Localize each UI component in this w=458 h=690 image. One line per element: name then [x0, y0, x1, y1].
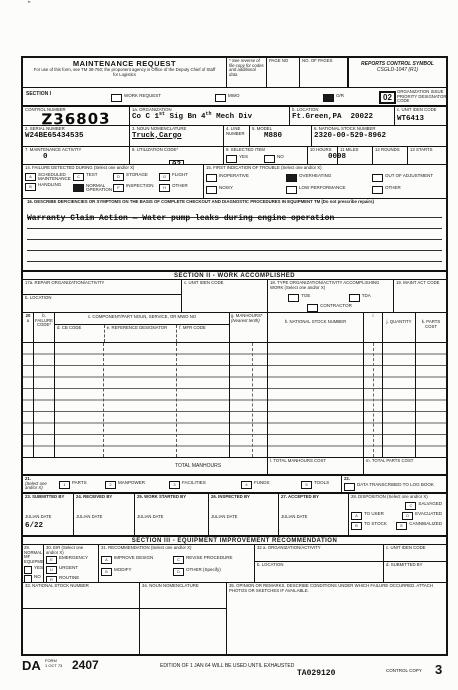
block35-label: 35. OPINION OR REMARKS. DESCRIBE CONDITI…	[229, 584, 444, 593]
form-body: MAINTENANCE REQUEST For use of this form…	[21, 56, 448, 656]
label-flight: FLIGHT	[172, 173, 188, 178]
nsn-header: h. NATIONAL STOCK NUMBER	[267, 313, 363, 342]
emergency-label: EMERGENCY	[59, 556, 88, 561]
to-stock-label: TO STOCK	[364, 522, 387, 527]
table-col-i[interactable]	[363, 343, 382, 457]
eir-no-checkbox[interactable]	[24, 575, 32, 582]
priority-designator-value[interactable]: 02	[379, 91, 396, 104]
parts-table-body	[23, 342, 446, 457]
totals-row: TOTAL MANHOURS l. TOTAL MANHOURS COST m.…	[23, 457, 446, 474]
label-inspection: INSPECTION	[126, 184, 154, 189]
unit-iden-code-cell[interactable]: c. UNIT IDEN CODE WT6413	[394, 107, 446, 125]
tools-label: TOOLS	[314, 481, 329, 486]
checkbox-inoperative[interactable]	[206, 174, 217, 182]
footer-control-copy: CONTROL COPY	[386, 668, 422, 673]
julian-date-label: JULIAN DATE	[76, 514, 102, 519]
block15-label: 15. FIRST INDICATION OF TROUBLE (Select …	[206, 166, 444, 171]
footer-edition-note: EDITION OF 1 JAN 64 WILL BE USED UNTIL E…	[160, 663, 294, 669]
facilities-label: FACILITIES	[182, 481, 206, 486]
manhours-header: g. MANHOURS* (Nearest tenth)	[229, 313, 267, 342]
total-manhours-cost-label: l. TOTAL MANHOURS COST	[270, 459, 361, 464]
label-storage: STORAGE	[126, 173, 148, 178]
total-manhours-cell[interactable]: TOTAL MANHOURS	[23, 458, 267, 474]
total-manhours-label: TOTAL MANHOURS	[175, 464, 221, 470]
component-group-label: c. COMPONENT/PART NOUN, SERVICE, OR MWO …	[55, 313, 229, 325]
unit-iden-code-value: WT6413	[397, 115, 444, 123]
control-number-cell[interactable]: CONTROL NUMBER Z36803	[23, 107, 129, 125]
line-number-cell[interactable]: 4. LINE NUMBER	[223, 126, 249, 146]
evacuated-label: EVACUATED	[415, 512, 442, 517]
block29-label: 29. NORMAL MF EQUIPMENT*	[24, 546, 42, 565]
checkbox-trouble-other[interactable]	[372, 186, 383, 194]
block16-describe: 16. DESCRIBE DEFICIENCIES OR SYMPTOMS ON…	[23, 198, 446, 270]
contractor-checkbox[interactable]	[307, 304, 318, 312]
serial-number-value: W24BE65434535	[25, 132, 127, 140]
rcs-cell: REPORTS CONTROL SYMBOL CSGLD-1047 (R1)	[347, 58, 446, 87]
toe-label: TOE	[301, 294, 310, 299]
ident-row-c: 7. MAINTENANCE ACTIVITY 0 8. UTILIZATION…	[23, 146, 446, 164]
or-checkbox[interactable]	[323, 94, 334, 102]
evacuated-checkbox[interactable]: D	[402, 512, 413, 520]
form-subtitle: For use of this form, see TM 38-750; the…	[25, 68, 224, 77]
checkbox-inspection[interactable]: F	[113, 184, 124, 192]
col-a-header: 20 a	[23, 313, 33, 342]
mfr-code-header: f. MFR CODE	[176, 325, 229, 342]
julian-date-label: JULIAN DATE	[211, 514, 237, 519]
col-component-group-header: c. COMPONENT/PART NOUN, SERVICE, OR MWO …	[54, 313, 229, 342]
inspected-by-cell[interactable]: 26. INSPECTED BY JULIAN DATE	[208, 494, 278, 535]
rounds-cell[interactable]: 12 ROUNDS	[372, 147, 407, 164]
total-parts-cost-label: m. TOTAL PARTS COST	[366, 459, 444, 464]
parts-checkbox[interactable]: 1	[59, 481, 70, 489]
checkbox-overheating[interactable]	[286, 174, 297, 182]
label-normal-operation: NORMAL OPERATION	[86, 184, 108, 193]
revise-procedure-label: REVISE PROCEDURE	[186, 556, 233, 561]
block33-cell[interactable]: 33. NATIONAL STOCK NUMBER	[23, 583, 139, 654]
maintenance-activity-cell[interactable]: 7. MAINTENANCE ACTIVITY 0	[23, 147, 129, 164]
eir-yes-label: YES	[34, 566, 43, 571]
no-of-pages-cell: NO. OF PAGES	[299, 58, 347, 87]
block22-num: 22.	[344, 477, 444, 482]
block29-cell: 29. NORMAL MF EQUIPMENT* YES NO	[23, 545, 43, 582]
checkbox-storage[interactable]: D	[113, 173, 124, 181]
serial-number-cell[interactable]: 2. SERIAL NUMBER W24BE65434535	[23, 126, 129, 146]
location-cell[interactable]: b. LOCATION Ft.Green,PA 20022	[289, 107, 394, 125]
submitted-julian-date: 6/22	[25, 522, 43, 530]
eir-yes-checkbox[interactable]	[24, 566, 32, 574]
eir-other-label: OTHER (Specify)	[186, 568, 221, 573]
footer-ta-number: TA029120	[297, 669, 335, 678]
label-test: TEST	[86, 173, 98, 178]
page-no-label: PAGE NO	[269, 59, 297, 64]
model-cell[interactable]: 5. MODEL M880	[249, 126, 311, 146]
revise-procedure-checkbox[interactable]: C	[173, 556, 184, 564]
parts-label: PARTS	[72, 481, 87, 486]
footer-form-word: FORM1 OCT 73	[45, 659, 62, 669]
modify-checkbox[interactable]: B	[101, 568, 112, 576]
total-parts-cost-cell[interactable]: m. TOTAL PARTS COST	[363, 458, 446, 474]
noun-nomenclature-cell[interactable]: 3. NOUN NOMENCLATURE Truck,Cargo	[129, 126, 223, 146]
table-col-nsn[interactable]	[267, 343, 363, 457]
priority-designator-label: ORGANIZATION ISSUE PRIORITY DESIGNATOR C…	[397, 90, 447, 104]
block32b-label: b. LOCATION	[257, 563, 381, 568]
accepted-by-cell[interactable]: 27. ACCEPTED BY JULIAN DATE	[278, 494, 348, 535]
urgent-label: URGENT	[59, 566, 78, 571]
block32cd-cell[interactable]: c. UNIT IDEN CODE d. SUBMITTED BY	[383, 545, 446, 582]
block14-label: 14. FAILURE DETECTED DURING (Select one …	[25, 166, 201, 171]
repair-org-label: 17a. REPAIR ORGANIZATION/ACTIVITY	[25, 281, 179, 286]
form-header-row: MAINTENANCE REQUEST For use of this form…	[23, 58, 446, 88]
table-col-reference-designator[interactable]	[103, 343, 176, 457]
footer-form-number: 2407	[72, 658, 99, 672]
miles-cell[interactable]: 11 MILES 0098	[337, 147, 372, 164]
contractor-label: CONTRACTOR	[320, 304, 352, 309]
section1-row: SECTION I WORK REQUEST MWO O/R 02 ORGANI…	[23, 88, 446, 105]
label-inoperative: INOPERATIVE	[219, 174, 249, 179]
decimal-divider	[252, 343, 253, 457]
routine-label: ROUTINE	[59, 576, 79, 581]
selected-item-no-label: NO	[277, 155, 284, 160]
tools-checkbox[interactable]: 5	[301, 481, 312, 489]
julian-date-label: JULIAN DATE	[25, 514, 51, 519]
work-request-label: WORK REQUEST	[124, 94, 161, 99]
starts-cell[interactable]: 13 STARTS	[407, 147, 446, 164]
repair-uic-cell[interactable]: c. UNIT IDEN CODE	[181, 280, 267, 312]
selected-item-no-checkbox[interactable]	[264, 155, 275, 163]
line-number-label: 4. LINE NUMBER	[226, 127, 247, 136]
work-started-by-cell[interactable]: 25. WORK STARTED BY JULIAN DATE	[134, 494, 208, 535]
block32d-label: d. SUBMITTED BY	[386, 563, 444, 568]
eir-no-label: NO	[34, 575, 41, 580]
work-accomplished-row: 17a. REPAIR ORGANIZATION/ACTIVITY b. LOC…	[23, 279, 446, 312]
section1-label: SECTION I	[26, 92, 51, 98]
col-failure-code-header: b. FAILURE CODE*	[33, 313, 54, 342]
label-handling: HANDLING	[38, 183, 61, 188]
organization-value: Co C 1st Sig Bn 4th Mech Div	[132, 113, 287, 121]
submitted-by-cell[interactable]: 23. SUBMITTED BY JULIAN DATE 6/22	[23, 494, 73, 535]
inspected-by-label: 26. INSPECTED BY	[211, 495, 276, 500]
deficiency-entry: Warranty Claim Action — Water pump leaks…	[27, 214, 334, 223]
block31-cell: 31. RECOMMENDATION (Select one and/or X)…	[98, 545, 254, 582]
reverse-note: * See reverse of file copy for codes and…	[229, 59, 264, 78]
parts-cost-header: k. PARTS COST	[415, 313, 446, 342]
to-user-label: TO USER	[364, 512, 384, 517]
footer-da: DA	[22, 658, 41, 673]
block21-note: (Select one and/or X)	[25, 482, 59, 491]
signature-row: 23. SUBMITTED BY JULIAN DATE 6/22 24. RE…	[23, 492, 446, 535]
table-col-parts-cost[interactable]	[415, 343, 446, 457]
location-value: Ft.Green,PA 20022	[292, 113, 392, 121]
block22-cell: 22. DATA TRANSCRIBED TO LOG BOOK	[341, 476, 446, 492]
label-scheduled-maintenance: SCHEDULED MAINTENANCE	[38, 173, 68, 182]
julian-date-label: JULIAN DATE	[137, 514, 163, 519]
col-i-divider	[373, 343, 374, 457]
nsn-value: 2320-00-529-8962	[314, 132, 444, 140]
mwo-checkbox[interactable]	[215, 94, 226, 102]
ruled-line	[27, 240, 442, 251]
checkbox-out-of-adjustment[interactable]	[372, 174, 383, 182]
maint-act-code-cell[interactable]: 19. MAINT ACT CODE	[393, 280, 446, 312]
disposition-cell: 28. DISPOSITION (Select one and/or X) CS…	[348, 494, 446, 535]
label-trouble-other: OTHER	[385, 186, 401, 191]
emergency-checkbox[interactable]: E	[46, 556, 57, 564]
form-title-cell: MAINTENANCE REQUEST For use of this form…	[23, 58, 226, 87]
block15-first-indication: 15. FIRST INDICATION OF TROUBLE (Select …	[203, 165, 446, 198]
quantity-header: j. QUANTITY	[382, 313, 415, 342]
selected-item-label: 9. SELECTED ITEM	[226, 148, 305, 153]
table-col-manhours[interactable]	[229, 343, 267, 457]
rcs-value: CSGLD-1047 (R1)	[351, 68, 444, 74]
label-low-performance: LOW PERFORMANCE	[299, 186, 346, 191]
table-col-failure-code[interactable]	[33, 343, 54, 457]
block16-cell[interactable]: 16. DESCRIBE DEFICIENCIES OR SYMPTOMS ON…	[23, 199, 446, 270]
julian-date-label: JULIAN DATE	[281, 514, 307, 519]
ruled-line	[27, 229, 442, 240]
or-label: O/R	[336, 94, 344, 99]
col-i-header: i	[363, 313, 382, 342]
maintenance-activity-value: 0	[43, 153, 127, 161]
control-number-value: Z36803	[25, 109, 127, 125]
ident-row-a: CONTROL NUMBER Z36803 1a. ORGANIZATION C…	[23, 105, 446, 125]
nsn-cell[interactable]: 6. NATIONAL STOCK NUMBER 2320-00-529-896…	[311, 126, 446, 146]
salvaged-label: SALVAGED	[418, 502, 442, 507]
type-org-label: 18. TYPE ORGANIZATION/ACTIVITY ACCOMPLIS…	[270, 281, 391, 290]
block14-failure-detected: 14. FAILURE DETECTED DURING (Select one …	[23, 165, 203, 198]
block31-label: 31. RECOMMENDATION (Select one and/or X)	[101, 546, 252, 551]
checkbox-handling[interactable]: B	[25, 183, 36, 191]
tda-checkbox[interactable]	[349, 294, 360, 302]
starts-label: 13 STARTS	[410, 148, 444, 153]
block30-cell: 30. EIR (Select one and/or X) EEMERGENCY…	[43, 545, 98, 582]
improve-design-checkbox[interactable]: A	[101, 556, 112, 564]
page-number: 3	[435, 662, 442, 677]
submitted-by-label: 23. SUBMITTED BY	[25, 495, 71, 500]
block35-cell[interactable]: 35. OPINION OR REMARKS. DESCRIBE CONDITI…	[226, 583, 446, 654]
tda-label: TDA	[362, 294, 371, 299]
failure-trouble-row: 14. FAILURE DETECTED DURING (Select one …	[23, 164, 446, 198]
type-org-cell: 18. TYPE ORGANIZATION/ACTIVITY ACCOMPLIS…	[267, 280, 393, 312]
block16-label: 16. DESCRIBE DEFICIENCIES OR SYMPTOMS ON…	[27, 200, 442, 205]
cannibalized-label: CANNIBALIZED	[409, 522, 442, 527]
noun-nomenclature-value: Truck,Cargo	[132, 132, 221, 140]
mwo-label: MWO	[228, 94, 240, 99]
accepted-by-label: 27. ACCEPTED BY	[281, 495, 346, 500]
utilization-code-cell[interactable]: 8. UTILIZATION CODE* 02	[129, 147, 223, 164]
to-user-checkbox[interactable]: A	[351, 512, 362, 520]
model-value: M880	[264, 132, 309, 140]
manpower-label: MANPOWER	[118, 481, 145, 486]
maint-act-code-label: 19. MAINT ACT CODE	[396, 281, 444, 286]
block32c-label: c. UNIT IDEN CODE	[386, 546, 444, 551]
label-noisy: NOISY	[219, 186, 233, 191]
block34-label: 34. NOUN NOMENCLATURE	[142, 584, 224, 589]
eir-row: 29. NORMAL MF EQUIPMENT* YES NO 30. EIR …	[23, 544, 446, 582]
section2-title-row: SECTION II - WORK ACCOMPLISHED	[23, 270, 446, 279]
ruled-line	[27, 262, 442, 270]
scan-artifact: "	[28, 1, 31, 8]
label-out-of-adjustment: OUT OF ADJUSTMENT	[385, 174, 433, 179]
checkbox-failure-other[interactable]: H	[159, 184, 170, 192]
log-book-label: DATA TRANSCRIBED TO LOG BOOK	[357, 483, 434, 488]
block30-label: 30. EIR (Select one and/or X)	[46, 546, 96, 555]
reference-designator-header: e. REFERENCE DESIGNATOR	[104, 325, 177, 342]
table-col-a[interactable]	[23, 343, 33, 457]
total-manhours-cost-cell[interactable]: l. TOTAL MANHOURS COST	[267, 458, 363, 474]
checkbox-scheduled-maintenance[interactable]: A	[25, 173, 36, 181]
checkbox-test[interactable]: C	[73, 173, 84, 181]
checkbox-normal-operation[interactable]: E	[73, 184, 84, 192]
table-col-quantity[interactable]	[382, 343, 415, 457]
received-by-cell[interactable]: 24. RECEIVED BY JULIAN DATE	[73, 494, 134, 535]
block21-cell: 21. (Select one and/or X) 1PARTS 2MANPOW…	[23, 476, 341, 492]
urgent-checkbox[interactable]: U	[46, 566, 57, 574]
remarks-row: 33. NATIONAL STOCK NUMBER 34. NOUN NOMEN…	[23, 582, 446, 654]
table-col-cb-code[interactable]	[54, 343, 103, 457]
facilities-checkbox[interactable]: 3	[169, 481, 180, 489]
repair-uic-label: c. UNIT IDEN CODE	[184, 281, 265, 286]
repair-location-label: b. LOCATION	[25, 296, 179, 301]
salvaged-checkbox[interactable]: C	[405, 502, 416, 510]
selected-item-cell: 9. SELECTED ITEM YES NO	[223, 147, 307, 164]
modify-label: MODIFY	[114, 568, 132, 573]
section3-title-row: SECTION III - EQUIPMENT IMPROVEMENT RECO…	[23, 535, 446, 544]
scanned-form-da-2407: " MAINTENANCE REQUEST For use of this fo…	[0, 0, 458, 690]
rounds-label: 12 ROUNDS	[375, 148, 405, 153]
page-no-cell: PAGE NO	[266, 58, 299, 87]
log-book-checkbox[interactable]	[344, 483, 355, 491]
funds-label: FUNDS	[254, 481, 270, 486]
label-overheating: OVERHEATING	[299, 174, 331, 179]
label-failure-other: OTHER	[172, 184, 188, 189]
ident-row-b: 2. SERIAL NUMBER W24BE65434535 3. NOUN N…	[23, 125, 446, 146]
eir-other-checkbox[interactable]: D	[173, 568, 184, 576]
block34-cell[interactable]: 34. NOUN NOMENCLATURE	[139, 583, 226, 654]
table-col-mfr-code[interactable]	[176, 343, 229, 457]
cb-code-header: d. CB CODE	[55, 325, 104, 342]
checkbox-noisy[interactable]	[206, 186, 217, 194]
no-of-pages-label: NO. OF PAGES	[302, 59, 345, 64]
disposition-label: 28. DISPOSITION (Select one and/or X)	[351, 495, 444, 500]
selected-item-yes-checkbox[interactable]	[226, 155, 237, 163]
manpower-checkbox[interactable]: 2	[105, 481, 116, 489]
work-request-checkbox[interactable]	[111, 94, 122, 102]
work-started-by-label: 25. WORK STARTED BY	[137, 495, 206, 500]
cannibalized-checkbox[interactable]: E	[396, 522, 407, 530]
block33-label: 33. NATIONAL STOCK NUMBER	[25, 584, 137, 589]
parts-table-header: 20 a b. FAILURE CODE* c. COMPONENT/PART …	[23, 312, 446, 342]
to-stock-checkbox[interactable]: B	[351, 522, 362, 530]
repair-org-cell[interactable]: 17a. REPAIR ORGANIZATION/ACTIVITY b. LOC…	[23, 280, 181, 312]
checkbox-low-performance[interactable]	[286, 186, 297, 194]
organization-cell[interactable]: 1a. ORGANIZATION Co C 1st Sig Bn 4th Mec…	[129, 107, 289, 125]
checkbox-flight[interactable]: G	[159, 173, 170, 181]
funds-checkbox[interactable]: 4	[241, 481, 252, 489]
selected-item-yes-label: YES	[239, 155, 248, 160]
toe-checkbox[interactable]	[288, 294, 299, 302]
ruled-line	[27, 251, 442, 262]
reverse-note-cell: * See reverse of file copy for codes and…	[226, 58, 266, 87]
improve-design-label: IMPROVE DESIGN	[114, 556, 153, 561]
unit-iden-code-label: c. UNIT IDEN CODE	[397, 108, 444, 113]
miles-value: 0098	[328, 153, 358, 161]
received-by-label: 24. RECEIVED BY	[76, 495, 132, 500]
block32a-label: 32 a. ORGANIZATION/ACTIVITY	[257, 546, 381, 551]
shortage-row: 21. (Select one and/or X) 1PARTS 2MANPOW…	[23, 474, 446, 492]
block32-cell[interactable]: 32 a. ORGANIZATION/ACTIVITY b. LOCATION	[254, 545, 383, 582]
